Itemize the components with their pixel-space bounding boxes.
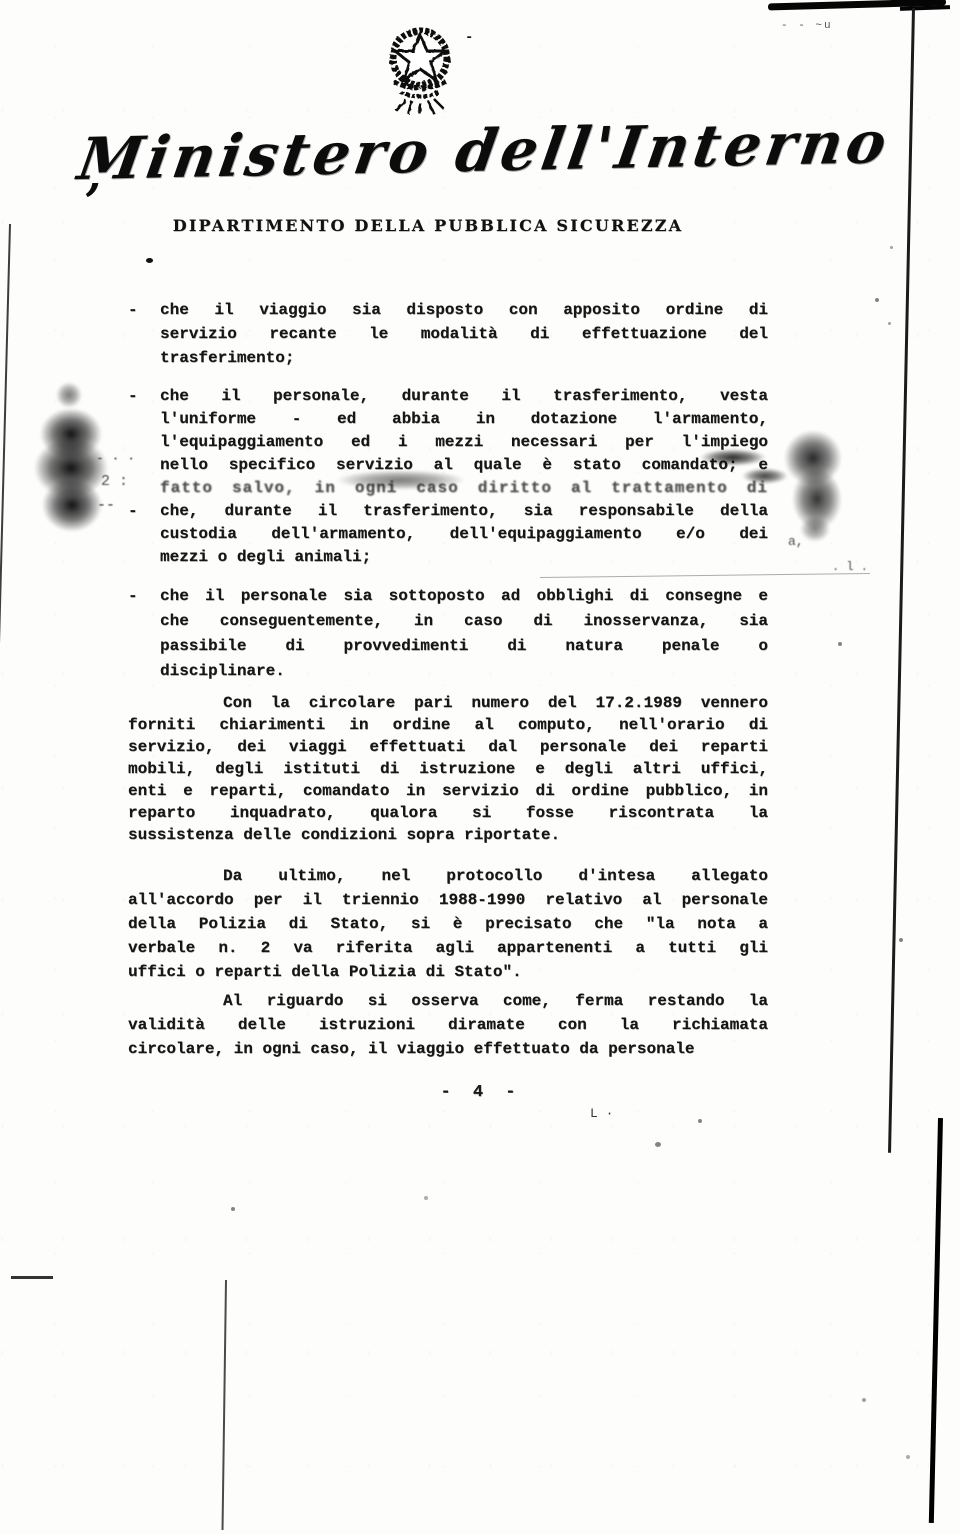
bullet-item: - che, durante il trasferimento, sia res… [128,500,768,569]
text-line: Da ultimo, nel protocollo d'intesa alleg… [128,864,768,888]
ink-smudge [336,470,466,490]
paper-speck [424,1196,428,1200]
fold-line [222,1280,227,1530]
margin-dash-mark [11,1276,53,1279]
margin-noise-mark: - · · [96,451,135,466]
bullet-dash: - [128,298,138,322]
document-body: - che il viaggio sia disposto con apposi… [128,298,768,1061]
text-line: trasferimento; [160,346,768,370]
department-subtitle: DIPARTIMENTO DELLA PUBBLICA SICUREZZA [128,216,728,235]
paper-speck [698,1119,702,1123]
noise-dot [146,258,153,263]
text-line: nello specifico servizio al quale è stat… [160,454,768,477]
text-line: uffici o reparti della Polizia di Stato"… [128,960,768,984]
bullet-dash: - [128,500,138,523]
text-line: mezzi o degli animali; [160,546,768,569]
corner-noise-text: - - ~u [781,20,833,32]
text-line: all'accordo per il triennio 1988-1990 re… [128,888,768,912]
script-flourish: , [86,150,101,201]
text-line: della Polizia di Stato, si è precisato c… [128,912,768,936]
text-line: che il viaggio sia disposto con apposito… [160,298,768,322]
text-line: sussistenza delle condizioni sopra ripor… [128,824,768,846]
text-line: servizio recante le modalità di effettua… [160,322,768,346]
noise-dash: - [465,30,473,46]
text-line: disciplinare. [160,659,768,684]
ink-smudge [56,382,82,408]
ink-smudge [800,516,830,542]
paper-speck [875,298,879,302]
text-line: che, durante il trasferimento, sia respo… [160,500,768,523]
bullet-item: - che il viaggio sia disposto con apposi… [128,298,768,370]
text-line: l'equipaggiamento ed i mezzi necessari p… [160,431,768,454]
paper-speck [899,938,903,942]
text-line: servizio, dei viaggi effettuati dal pers… [128,736,768,758]
paper-speck [838,642,842,646]
text-line: reparto inquadrato, qualora si fosse ris… [128,802,768,824]
scan-edge-bar [900,5,950,11]
text-line: enti e reparti, comandato in servizio di… [128,780,768,802]
paper-speck [888,322,891,325]
page-number: - 4 - [396,1083,566,1102]
text-line: che conseguentemente, in caso di inosser… [160,609,768,634]
text-line: mobili, degli istituti di istruzione e d… [128,758,768,780]
scanned-document-page: Ministero dell'Interno DIPARTIMENTO DELL… [0,0,960,1534]
text-line: forniti chiarimenti in ordine al computo… [128,714,768,736]
stray-character-mark: . l . [832,560,868,574]
margin-noise-mark: -- [97,497,115,514]
stray-character-mark: L · [590,1106,613,1121]
paper-speck [890,246,893,249]
text-line: circolare, in ogni caso, il viaggio effe… [128,1037,768,1061]
text-line: Con la circolare pari numero del 17.2.19… [128,692,768,714]
page-edge-line [0,224,11,1534]
page-edge-line [888,8,914,1153]
bullet-item: - che il personale sia sottoposto ad obb… [128,584,768,684]
margin-noise-mark: 2 : [101,473,128,490]
paragraph: Con la circolare pari numero del 17.2.19… [128,692,768,846]
bullet-dash: - [128,385,138,408]
paper-speck [231,1207,235,1211]
stray-character-mark: a, [788,534,804,549]
text-line: Al riguardo si osserva come, ferma resta… [128,989,768,1013]
text-line: passibile di provvedimenti di natura pen… [160,634,768,659]
paragraph: Al riguardo si osserva come, ferma resta… [128,989,768,1061]
paragraph: Da ultimo, nel protocollo d'intesa alleg… [128,864,768,984]
text-line: che il personale sia sottoposto ad obbli… [160,584,768,609]
paper-speck [862,1398,866,1402]
text-line: validità delle istruzioni diramate con l… [128,1013,768,1037]
text-line: che il personale, durante il trasferimen… [160,385,768,408]
ink-smudge [742,468,788,484]
italian-republic-emblem-icon [376,22,464,116]
paper-speck [655,1142,661,1147]
ministry-script-title: Ministero dell'Interno [74,111,767,193]
ink-smudge [700,449,766,466]
text-line: custodia dell'armamento, dell'equipaggia… [160,523,768,546]
text-line: verbale n. 2 va riferita agli appartenen… [128,936,768,960]
text-line: l'uniforme - ed abbia in dotazione l'arm… [160,408,768,431]
paper-speck [906,1455,910,1459]
page-edge-line [929,1118,943,1523]
bullet-dash: - [128,584,138,609]
